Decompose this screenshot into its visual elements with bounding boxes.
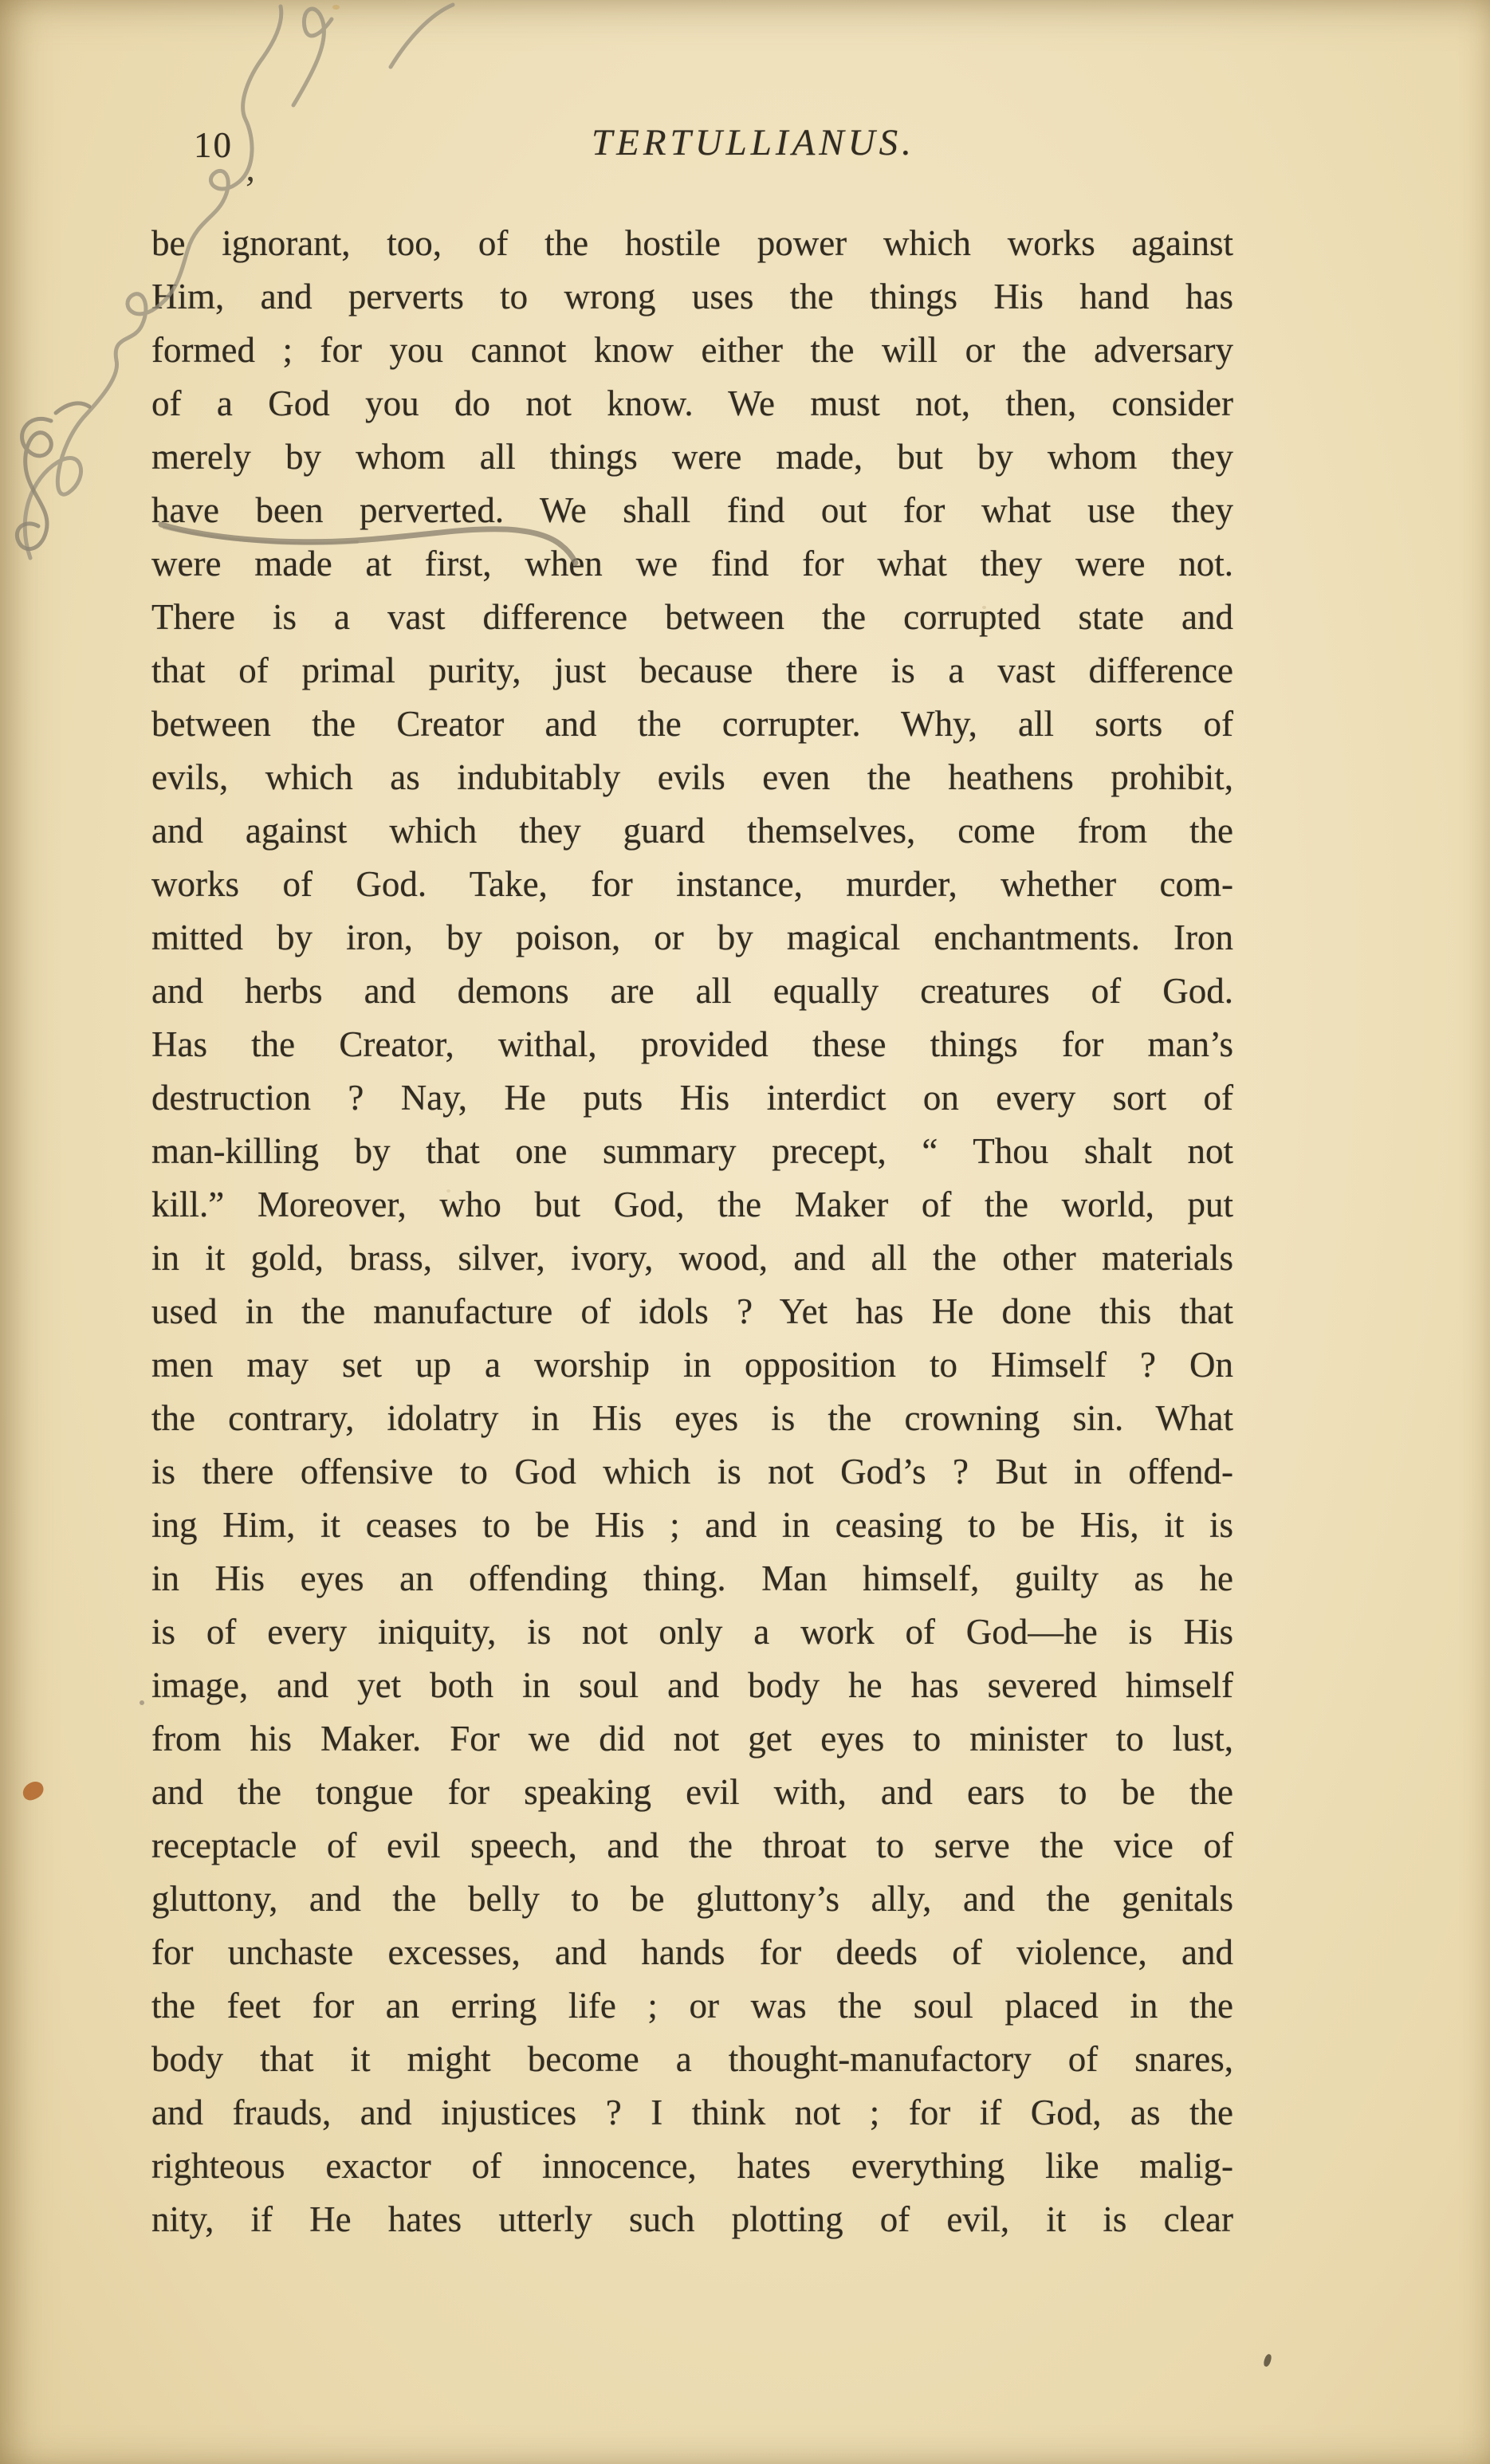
text-line: and the tongue for speaking evil with, a… <box>151 1766 1233 1819</box>
text-line: Has the Creator, withal, provided these … <box>151 1018 1233 1071</box>
text-line: between the Creator and the corrupter. W… <box>151 698 1233 751</box>
text-line: and frauds, and injustices ? I think not… <box>151 2086 1233 2140</box>
text-line: were made at first, when we find for wha… <box>151 537 1233 591</box>
body-text: be ignorant, too, of the hostile power w… <box>151 217 1233 2246</box>
stray-print-mark: ’ <box>242 167 254 210</box>
text-line: and herbs and demons are all equally cre… <box>151 965 1233 1018</box>
running-title: TERTULLIANUS. <box>592 121 915 164</box>
text-line: and against which they guard themselves,… <box>151 804 1233 858</box>
text-line: image, and yet both in soul and body he … <box>151 1659 1233 1712</box>
text-line: There is a vast difference between the c… <box>151 591 1233 644</box>
text-line: from his Maker. For we did not get eyes … <box>151 1712 1233 1766</box>
text-line: be ignorant, too, of the hostile power w… <box>151 217 1233 270</box>
text-line: formed ; for you cannot know either the … <box>151 324 1233 377</box>
pencil-scribble-left-margin-annotation <box>0 399 96 574</box>
text-line: nity, if He hates utterly such plotting … <box>151 2193 1233 2246</box>
text-line: that of primal purity, just because ther… <box>151 644 1233 698</box>
scanned-book-page: 10 TERTULLIANUS. ’ be ignorant, too, of … <box>0 0 1490 2464</box>
text-line: for unchaste excesses, and hands for dee… <box>151 1926 1233 1979</box>
text-line: merely by whom all things were made, but… <box>151 430 1233 484</box>
text-line: in it gold, brass, silver, ivory, wood, … <box>151 1232 1233 1285</box>
text-line: have been perverted. We shall find out f… <box>151 484 1233 537</box>
text-line: the contrary, idolatry in His eyes is th… <box>151 1392 1233 1445</box>
text-line: used in the manufacture of idols ? Yet h… <box>151 1285 1233 1338</box>
stain-fleck <box>20 1778 46 1802</box>
text-line: is of every iniquity, is not only a work… <box>151 1605 1233 1659</box>
page-number: 10 <box>194 124 233 166</box>
text-line: the feet for an erring life ; or was the… <box>151 1979 1233 2033</box>
text-line: evils, which as indubitably evils even t… <box>151 751 1233 804</box>
paper-speck <box>140 1700 144 1705</box>
text-line: receptacle of evil speech, and the throa… <box>151 1819 1233 1873</box>
text-line: is there offensive to God which is not G… <box>151 1445 1233 1499</box>
text-line: works of God. Take, for instance, murder… <box>151 858 1233 911</box>
text-line: of a God you do not know. We must not, t… <box>151 377 1233 430</box>
ink-fleck-bottom-right <box>1263 2353 1273 2368</box>
text-line: man-killing by that one summary precept,… <box>151 1125 1233 1178</box>
text-line: kill.” Moreover, who but God, the Maker … <box>151 1178 1233 1232</box>
text-line: men may set up a worship in opposition t… <box>151 1338 1233 1392</box>
text-line: gluttony, and the belly to be gluttony’s… <box>151 1873 1233 1926</box>
text-line: in His eyes an offending thing. Man hims… <box>151 1552 1233 1605</box>
text-line: destruction ? Nay, He puts His interdict… <box>151 1071 1233 1125</box>
text-line: Him, and perverts to wrong uses the thin… <box>151 270 1233 324</box>
text-line: body that it might become a thought-manu… <box>151 2033 1233 2086</box>
paper-speck <box>332 5 340 10</box>
text-line: mitted by iron, by poison, or by magical… <box>151 911 1233 965</box>
text-line: righteous exactor of innocence, hates ev… <box>151 2140 1233 2193</box>
text-line: ing Him, it ceases to be His ; and in ce… <box>151 1499 1233 1552</box>
